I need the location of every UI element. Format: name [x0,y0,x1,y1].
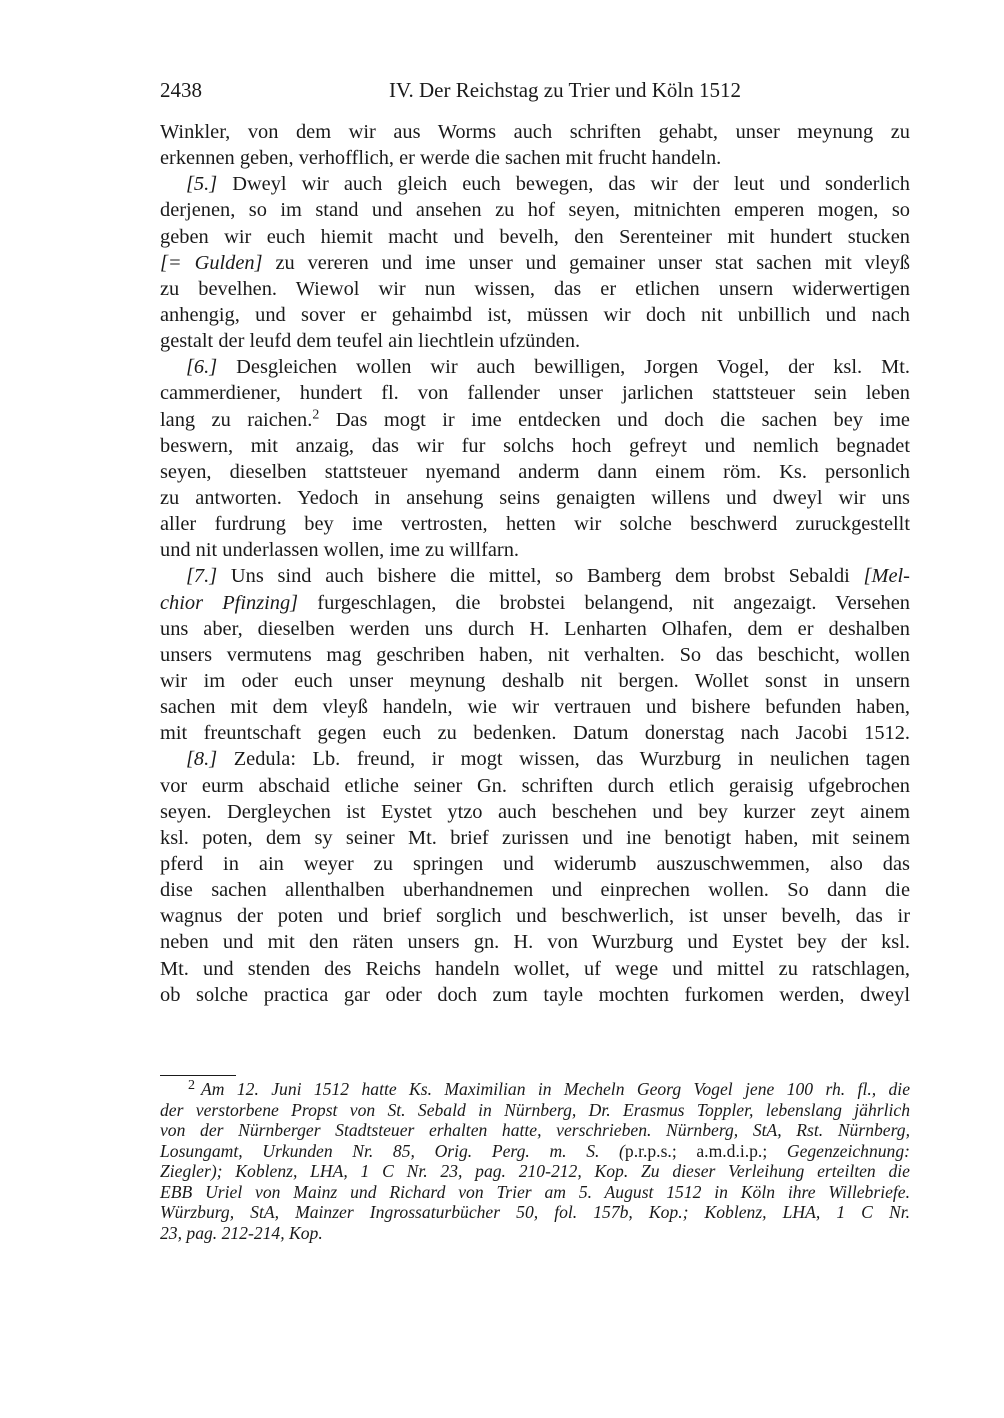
footnote-line: 23, pag. 212-214, Kop. [160,1223,910,1244]
text-line: Mt. und stenden des Reichs handeln wolle… [160,956,910,982]
paragraph-5-line: [5.] Dweyl wir auch gleich euch bewegen,… [160,171,910,197]
text-line: cammerdiener, hundert fl. von fallender … [160,380,910,406]
text-line: Winkler, von dem wir aus Worms auch schr… [160,119,910,145]
text-line: anhengig, und sover er gehaimbd ist, müs… [160,302,910,328]
text-line: dise sachen allenthalben uberhandnemen u… [160,877,910,903]
footnote-2: 2Am 12. Juni 1512 hatte Ks. Maximilian i… [160,1079,910,1243]
text-line: lang zu raichen.2 Das mogt ir ime entdec… [160,407,910,433]
text-line: mit freuntschaft gegen euch zu bedenken.… [160,720,910,746]
text-line: wir im oder euch unser meynung deshalb n… [160,668,910,694]
page-header: 2438 IV. Der Reichstag zu Trier und Köln… [160,78,910,106]
text-line: neben und mit den räten unsers gn. H. vo… [160,929,910,955]
text-line: pferd in ain weyer zu springen und wider… [160,851,910,877]
footnote-line: der verstorbene Propst von St. Sebald in… [160,1100,910,1121]
text-line: derjenen, so im stand und ansehen zu hof… [160,197,910,223]
text-line: zu bevelhen. Wiewol wir nun wissen, das … [160,276,910,302]
paragraph-8-line: [8.] Zedula: Lb. freund, ir mogt wissen,… [160,746,910,772]
text-line: ob solche practica gar oder doch zum tay… [160,982,910,1008]
text-line: vor eurm abschaid etliche seiner Gn. sch… [160,773,910,799]
paragraph-marker: [7.] [186,565,217,587]
footnote-reference[interactable]: 2 [312,407,319,422]
footnote-line: von der Nürnberger Stadtsteuer erhalten … [160,1120,910,1141]
paragraph-marker: [5.] [186,173,217,195]
paragraph-7-line: [7.] Uns sind auch bishere die mittel, s… [160,563,910,589]
text-line: seyen, dieselben stattsteuer nyemand and… [160,459,910,485]
text-line: chior Pfinzing] furgeschlagen, die brobs… [160,590,910,616]
running-title: IV. Der Reichstag zu Trier und Köln 1512 [160,78,910,103]
footnote-line: Losungamt, Urkunden Nr. 85, Orig. Perg. … [160,1141,910,1162]
text-line: seyen. Dergleychen ist Eystet ytzo auch … [160,799,910,825]
paragraph-marker: [8.] [186,748,217,770]
paragraph-6-line: [6.] Desgleichen wollen wir auch bewilli… [160,354,910,380]
footnote-divider [160,1075,236,1076]
footnote-line: Würzburg, StA, Mainzer Ingrossaturbücher… [160,1202,910,1223]
text-line: zu antworten. Yedoch in ansehung seins g… [160,485,910,511]
text-line: erkennen geben, verhofflich, er werde di… [160,145,910,171]
footnote-number: 2 [188,1077,195,1093]
text-line: und nit underlassen wollen, ime zu willf… [160,537,910,563]
text-line: beswern, mit anzaig, das wir fur solchs … [160,433,910,459]
main-text: Winkler, von dem wir aus Worms auch schr… [160,119,910,1008]
footnote-line: EBB Uriel von Mainz und Richard von Trie… [160,1182,910,1203]
editorial-note: [Mel- [864,565,910,587]
text-line: geben wir euch hiemit macht und bevelh, … [160,224,910,250]
text-line: wagnus der poten und brief sorglich und … [160,903,910,929]
editorial-note: [= Gulden] [160,252,263,274]
text-line: ksl. poten, dem sy seiner Mt. brief zuri… [160,825,910,851]
text-line: aller furdrung bey ime vertrosten, hette… [160,511,910,537]
footnote-line: 2Am 12. Juni 1512 hatte Ks. Maximilian i… [160,1079,910,1100]
editorial-note: chior Pfinzing] [160,592,298,614]
text-line: uns aber, dieselben werden uns durch H. … [160,616,910,642]
text-line: sachen mit dem vleyß handeln, wie wir ve… [160,694,910,720]
text-line: gestalt der leufd dem teufel ain liechtl… [160,328,910,354]
paragraph-marker: [6.] [186,356,217,378]
text-line: [= Gulden] zu vereren und ime unser und … [160,250,910,276]
footnote-line: Ziegler); Koblenz, LHA, 1 C Nr. 23, pag.… [160,1161,910,1182]
text-line: unsers vermutens mag geschriben haben, n… [160,642,910,668]
